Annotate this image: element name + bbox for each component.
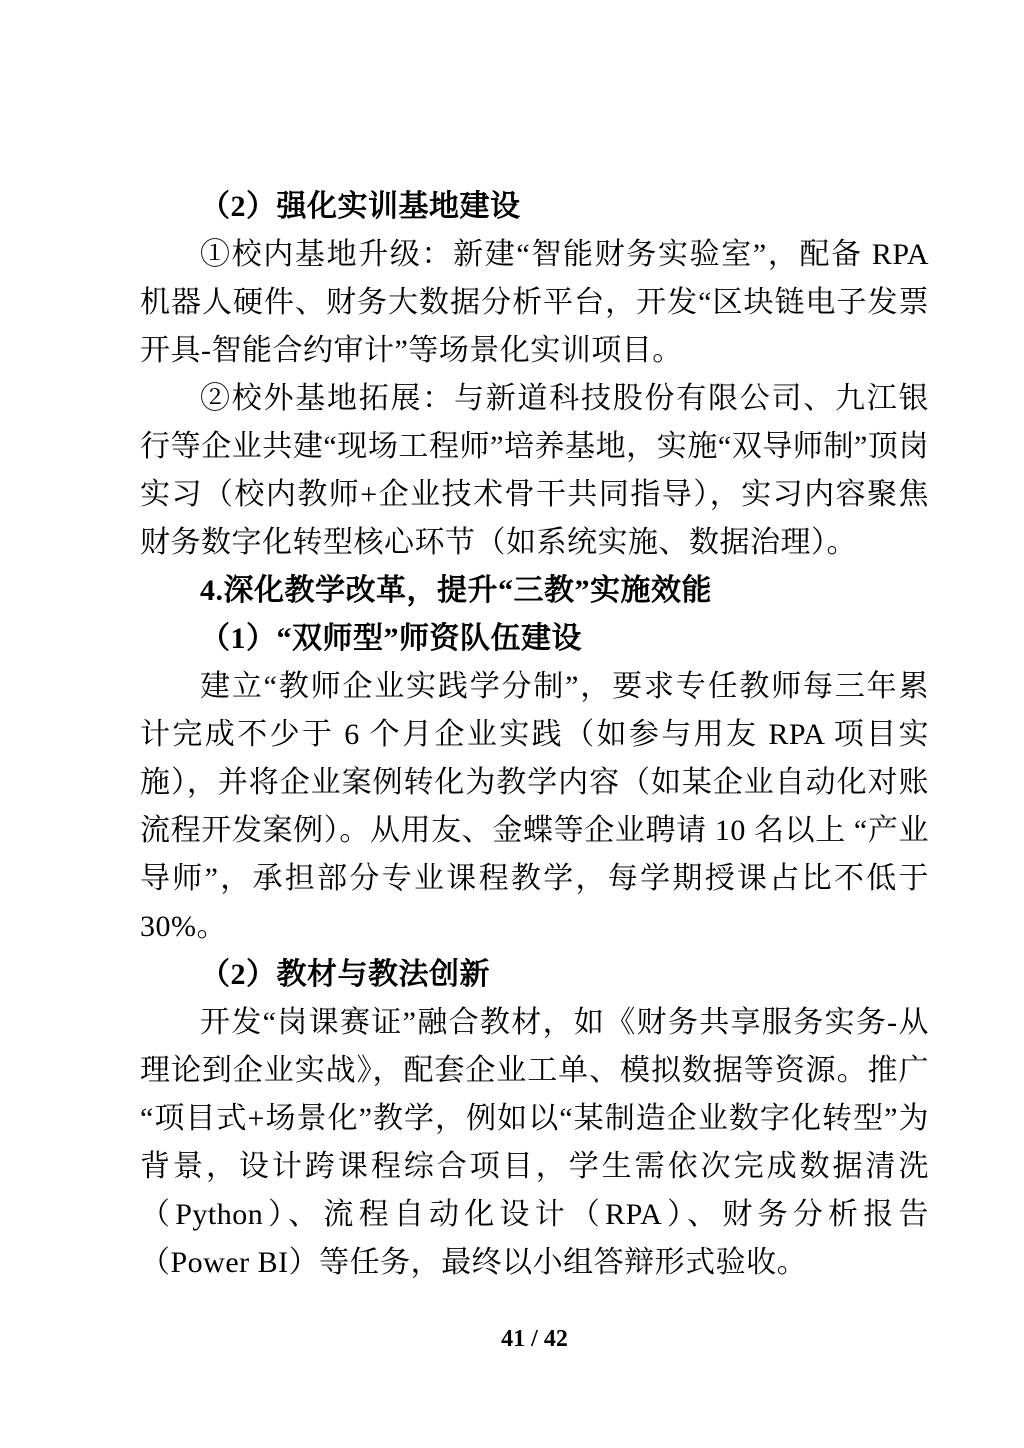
paragraph-textbook-development: 开发“岗课赛证”融合教材，如《财务共享服务实务-从理论到企业实战》，配套企业工单…: [140, 999, 929, 1287]
heading-dual-qualified-teachers: （1）“双师型”师资队伍建设: [140, 615, 929, 663]
paragraph-offcampus-base-expansion: ②校外基地拓展：与新道科技股份有限公司、九江银行等企业共建“现场工程师”培养基地…: [140, 375, 929, 567]
document-page: （2）强化实训基地建设 ①校内基地升级：新建“智能财务实验室”，配备 RPA 机…: [0, 0, 1024, 1448]
page-footer: 41 / 42: [140, 1326, 929, 1353]
heading-textbook-method-innovation: （2）教材与教法创新: [140, 951, 929, 999]
heading-teaching-reform: 4.深化教学改革，提升“三教”实施效能: [140, 567, 929, 615]
heading-training-base-construction: （2）强化实训基地建设: [140, 183, 929, 231]
page-number: 41 / 42: [501, 1326, 568, 1352]
paragraph-teacher-enterprise-practice: 建立“教师企业实践学分制”，要求专任教师每三年累计完成不少于 6 个月企业实践（…: [140, 663, 929, 951]
paragraph-campus-base-upgrade: ①校内基地升级：新建“智能财务实验室”，配备 RPA 机器人硬件、财务大数据分析…: [140, 231, 929, 375]
document-body: （2）强化实训基地建设 ①校内基地升级：新建“智能财务实验室”，配备 RPA 机…: [140, 183, 929, 1287]
